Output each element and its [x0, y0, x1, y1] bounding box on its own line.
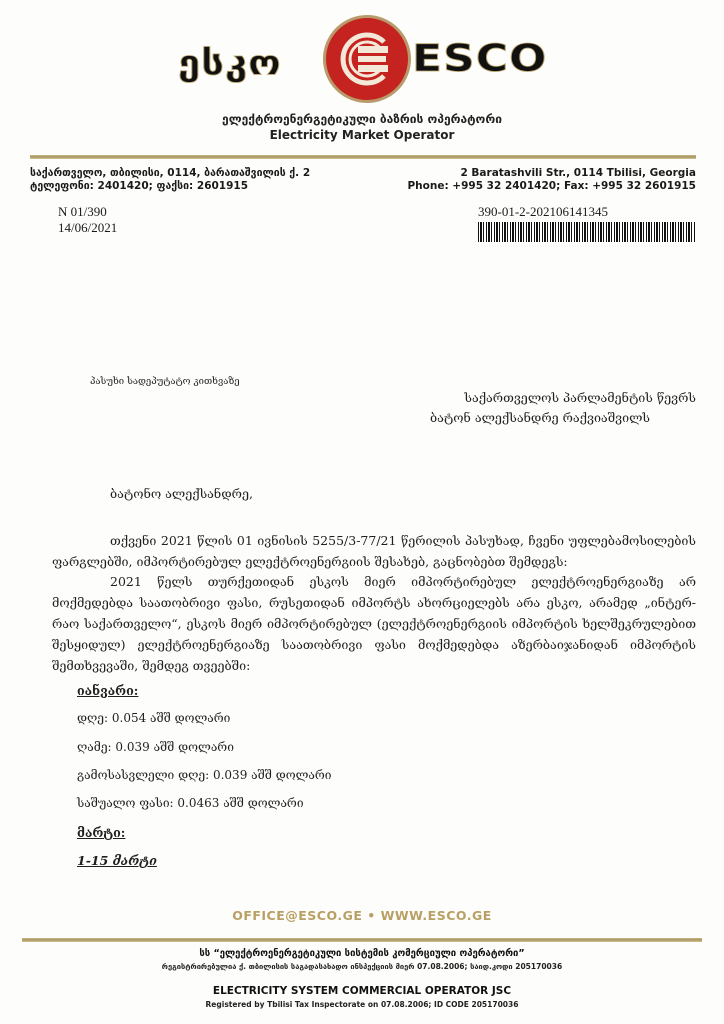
- salutation: ბატონო ალექსანდრე,: [110, 486, 253, 501]
- address-geo-line: საქართველო, თბილისი, 0114, ბარათაშვილის …: [30, 167, 310, 180]
- esco-logo-icon: [323, 15, 411, 103]
- registry-code: 390-01-2-202106141345: [478, 204, 608, 220]
- tagline-english: Electricity Market Operator: [0, 128, 724, 142]
- footer-divider: [22, 938, 702, 942]
- header-divider: [30, 155, 696, 159]
- tagline-georgian: ელექტროენერგეტიკული ბაზრის ოპერატორი: [0, 112, 724, 126]
- addressee-line-2: ბატონ ალექსანდრე რაქვიაშვილს: [380, 408, 650, 428]
- january-item-weekend: გამოსასვლელი დღე: 0.039 აშშ დოლარი: [77, 768, 331, 782]
- march-heading: მარტი:: [77, 825, 125, 840]
- footer-registration-english: Registered by Tbilisi Tax Inspectorate o…: [0, 1000, 724, 1009]
- january-item-average: საშუალო ფასი: 0.0463 აშშ დოლარი: [77, 796, 304, 810]
- phone-en-line: Phone: +995 32 2401420; Fax: +995 32 260…: [407, 180, 696, 193]
- letter-subject: პასუხი სადეპუტატო კითხვაზე: [90, 376, 240, 387]
- barcode-icon: [478, 222, 696, 242]
- paragraph-2: 2021 წელს თურქეთიდან ესკოს მიერ იმპორტირ…: [52, 571, 696, 676]
- footer-company-georgian: სს “ელექტროენერგეტიკული სისტემის კომერცი…: [0, 948, 724, 959]
- march-subheading: 1-15 მარტი: [77, 853, 157, 868]
- reference-number: N 01/390: [58, 204, 117, 220]
- january-heading: იანვარი:: [77, 683, 138, 698]
- reference-date: 14/06/2021: [58, 220, 117, 236]
- reference-block: N 01/390 14/06/2021: [58, 204, 117, 236]
- phone-geo-line: ტელეფონი: 2401420; ფაქსი: 2601915: [30, 180, 310, 193]
- footer-contact: OFFICE@ESCO.GE • WWW.ESCO.GE: [0, 908, 724, 923]
- address-en-line: 2 Baratashvili Str., 0114 Tbilisi, Georg…: [407, 167, 696, 180]
- footer-company-english: ELECTRICITY SYSTEM COMMERCIAL OPERATOR J…: [0, 985, 724, 997]
- footer-registration-georgian: რეგისტრირებულია ქ. თბილისის საგადასახადო…: [0, 962, 724, 971]
- address-georgian: საქართველო, თბილისი, 0114, ბარათაშვილის …: [30, 167, 310, 193]
- january-item-night: ღამე: 0.039 აშშ დოლარი: [77, 740, 234, 754]
- january-item-day: დღე: 0.054 აშშ დოლარი: [77, 711, 230, 725]
- paragraph-1: თქვენი 2021 წლის 01 ივნისის 5255/3-77/21…: [52, 530, 696, 572]
- logo-esco-wordmark: ESCO: [412, 37, 547, 80]
- addressee-line-1: საქართველოს პარლამენტის წევრს: [400, 388, 696, 408]
- address-english: 2 Baratashvili Str., 0114 Tbilisi, Georg…: [407, 167, 696, 193]
- logo-georgian-wordmark: ესკო: [178, 44, 282, 83]
